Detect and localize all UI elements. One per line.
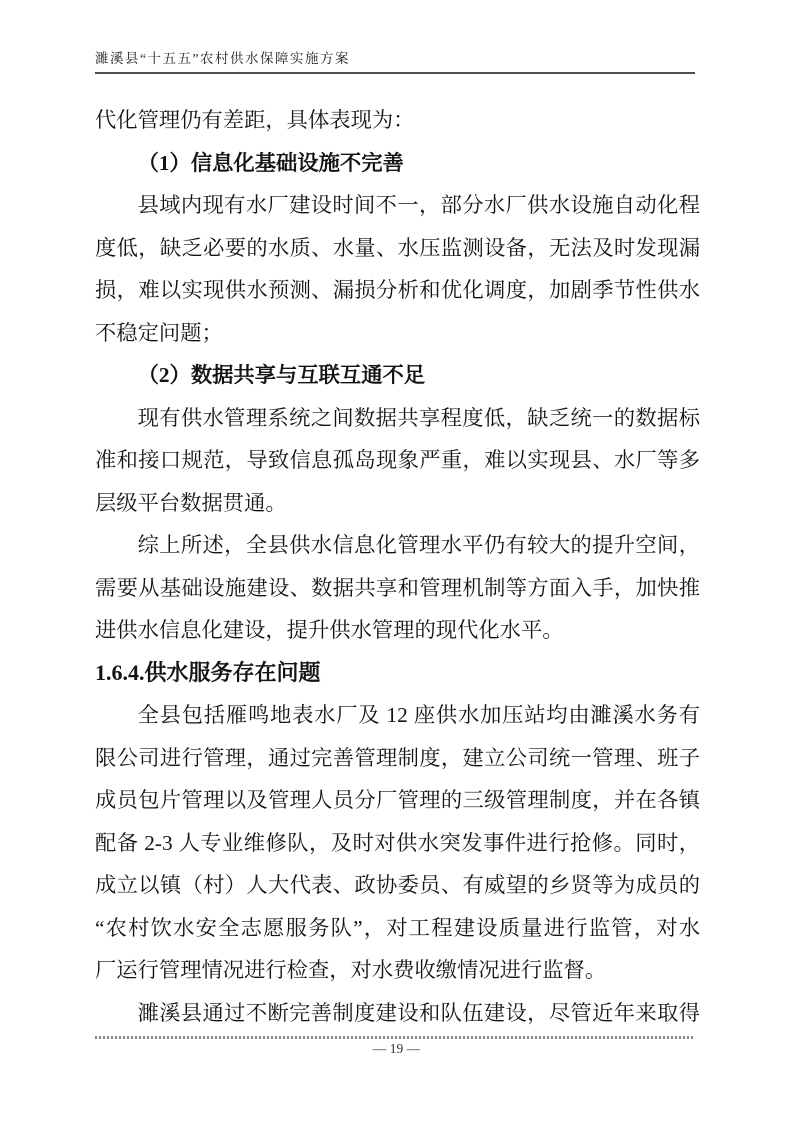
paragraph-line: 现有供水管理系统之间数据共享程度低，缺乏统一的数据标: [95, 397, 700, 440]
running-header-title: 濉溪县“十五五”农村供水保障实施方案: [95, 49, 695, 69]
paragraph-line: 综上所述，全县供水信息化管理水平仍有较大的提升空间，: [95, 524, 700, 567]
document-body: 代化管理仍有差距，具体表现为： （1）信息化基础设施不完善 县域内现有水厂建设时…: [95, 99, 700, 1034]
document-page: 濉溪县“十五五”农村供水保障实施方案 代化管理仍有差距，具体表现为： （1）信息…: [0, 0, 793, 1122]
page-number: — 19 —: [0, 1041, 793, 1057]
subheading-2: （2）数据共享与互联互通不足: [95, 354, 700, 397]
paragraph-line: 成立以镇（村）人大代表、政协委员、有威望的乡贤等为成员的: [95, 864, 700, 907]
paragraph-line: “农村饮水安全志愿服务队”，对工程建设质量进行监管，对水: [95, 907, 700, 950]
paragraph-line: 濉溪县通过不断完善制度建设和队伍建设，尽管近年来取得: [95, 992, 700, 1035]
paragraph-line: 代化管理仍有差距，具体表现为：: [95, 99, 700, 142]
paragraph-line: 度低，缺乏必要的水质、水量、水压监测设备，无法及时发现漏: [95, 227, 700, 270]
paragraph-line: 进供水信息化建设，提升供水管理的现代化水平。: [95, 609, 700, 652]
paragraph-line: 县域内现有水厂建设时间不一，部分水厂供水设施自动化程: [95, 184, 700, 227]
paragraph-line: 全县包括雁鸣地表水厂及 12 座供水加压站均由濉溪水务有: [95, 694, 700, 737]
paragraph-line: 厂运行管理情况进行检查，对水费收缴情况进行监督。: [95, 949, 700, 992]
paragraph-line: 配备 2-3 人专业维修队，及时对供水突发事件进行抢修。同时，: [95, 822, 700, 865]
paragraph-line: 准和接口规范，导致信息孤岛现象严重，难以实现县、水厂等多: [95, 439, 700, 482]
paragraph-line: 损，难以实现供水预测、漏损分析和优化调度，加剧季节性供水: [95, 269, 700, 312]
section-heading-1-6-4: 1.6.4.供水服务存在问题: [95, 652, 700, 695]
paragraph-line: 成员包片管理以及管理人员分厂管理的三级管理制度，并在各镇: [95, 779, 700, 822]
header-rule: [95, 72, 695, 74]
paragraph-line: 不稳定问题；: [95, 312, 700, 355]
footer-rule: [95, 1036, 695, 1039]
subheading-1: （1）信息化基础设施不完善: [95, 142, 700, 185]
paragraph-line: 限公司进行管理，通过完善管理制度，建立公司统一管理、班子: [95, 737, 700, 780]
paragraph-line: 需要从基础设施建设、数据共享和管理机制等方面入手，加快推: [95, 567, 700, 610]
paragraph-line: 层级平台数据贯通。: [95, 482, 700, 525]
